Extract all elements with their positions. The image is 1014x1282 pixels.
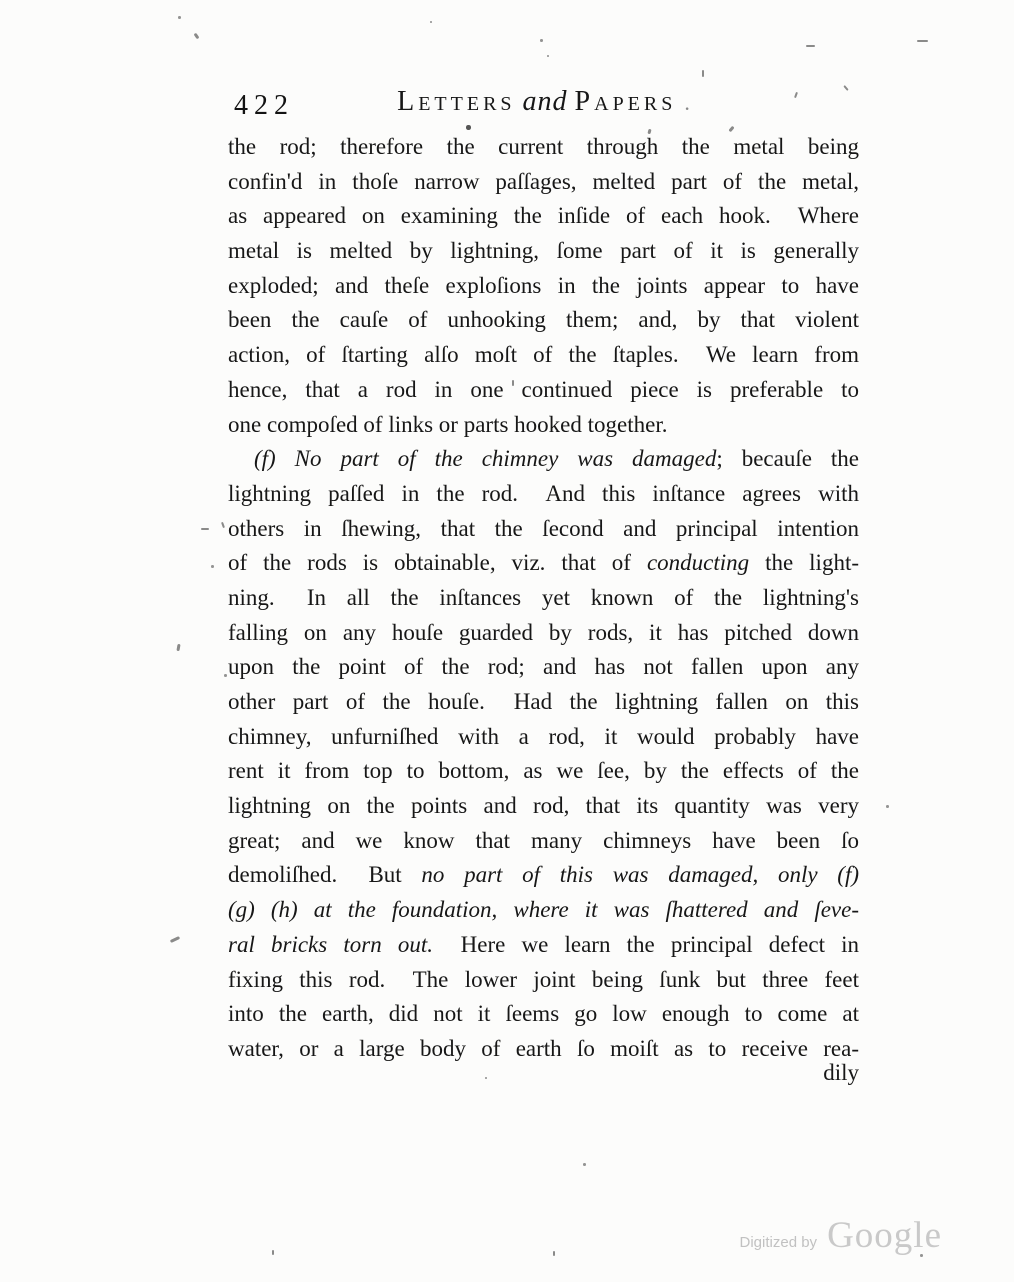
- text-line: into the earth, did not it ſeems go low …: [228, 997, 859, 1032]
- text-segment: action, of ſtarting alſo moſt of the ſta…: [228, 342, 859, 367]
- text-line: other part of the houſe. Had the lightni…: [228, 685, 859, 720]
- text-segment: other part of the houſe. Had the lightni…: [228, 689, 859, 714]
- page-header: 422 LettersandPapers.: [228, 84, 859, 128]
- text-segment: lightning on the points and rod, that it…: [228, 793, 859, 818]
- text-segment: chimney, unfurniſhed with a rod, it woul…: [228, 724, 859, 749]
- text-segment: exploded; and theſe exploſions in the jo…: [228, 273, 859, 298]
- text-line: fixing this rod. The lower joint being ſ…: [228, 963, 859, 998]
- text-line: the rod; therefore the current through t…: [228, 130, 859, 165]
- ink-speck: [201, 528, 209, 530]
- text-segment: falling on any houſe guarded by rods, it…: [228, 620, 859, 645]
- text-segment: demoliſhed. But: [228, 862, 421, 887]
- ink-speck: [272, 1250, 274, 1255]
- text-line: (g) (h) at the foundation, where it was …: [228, 893, 859, 928]
- italic-text-segment: ral bricks torn out.: [228, 932, 433, 957]
- text-line: been the cauſe of unhooking them; and, b…: [228, 303, 859, 338]
- text-segment: hence, that a rod in one continued piece…: [228, 377, 859, 402]
- text-line: ning. In all the inſtances yet known of …: [228, 581, 859, 616]
- ink-speck: [702, 70, 704, 77]
- italic-text-segment: no part of this was damaged, only (f): [421, 862, 859, 887]
- running-head-word2: Papers: [575, 86, 677, 117]
- text-segment: others in ſhewing, that the ſecond and p…: [228, 516, 859, 541]
- google-logo: Google: [827, 1214, 942, 1257]
- text-line: metal is melted by lightning, ſome part …: [228, 234, 859, 269]
- italic-text-segment: conducting: [647, 550, 749, 575]
- text-line: (f) No part of the chimney was damaged; …: [228, 442, 859, 477]
- ink-speck: [194, 33, 200, 40]
- ink-speck: [886, 805, 889, 808]
- catchword-row: dily: [228, 1056, 859, 1091]
- text-segment: the light-: [749, 550, 859, 575]
- text-segment: fixing this rod. The lower joint being ſ…: [228, 967, 859, 992]
- italic-text-segment: (g) (h) at the foundation, where it was …: [228, 897, 859, 922]
- text-line: chimney, unfurniſhed with a rod, it woul…: [228, 720, 859, 755]
- italic-text-segment: (f) No part of the chimney was damaged: [254, 446, 716, 471]
- text-line: of the rods is obtainable, viz. that of …: [228, 546, 859, 581]
- text-segment: of the rods is obtainable, viz. that of: [228, 550, 647, 575]
- text-segment: rent it from top to bottom, as we ſee, b…: [228, 758, 859, 783]
- catchword: dily: [823, 1060, 859, 1085]
- ink-speck: [176, 644, 180, 651]
- text-segment: as appeared on examining the inſide of e…: [228, 203, 859, 228]
- ink-speck: [430, 21, 432, 23]
- body-text: the rod; therefore the current through t…: [228, 130, 859, 1067]
- text-segment: lightning paſſed in the rod. And this in…: [228, 481, 859, 506]
- text-segment: confin'd in thoſe narrow paſſages, melte…: [228, 169, 859, 194]
- text-line: exploded; and theſe exploſions in the jo…: [228, 269, 859, 304]
- digitized-by-label: Digitized by: [740, 1234, 818, 1251]
- running-head: LettersandPapers.: [228, 86, 859, 118]
- book-page: 422 LettersandPapers. the rod; therefore…: [0, 0, 1014, 1282]
- google-watermark: Digitized by Google: [740, 1214, 942, 1257]
- text-line: falling on any houſe guarded by rods, it…: [228, 616, 859, 651]
- text-line: action, of ſtarting alſo moſt of the ſta…: [228, 338, 859, 373]
- text-line: demoliſhed. But no part of this was dama…: [228, 858, 859, 893]
- text-line: upon the point of the rod; and has not f…: [228, 650, 859, 685]
- text-segment: one compoſed of links or parts hooked to…: [228, 412, 667, 437]
- text-line: lightning paſſed in the rod. And this in…: [228, 477, 859, 512]
- ink-speck: [920, 1254, 923, 1257]
- text-line: one compoſed of links or parts hooked to…: [228, 408, 859, 443]
- ink-speck: [221, 522, 225, 528]
- text-line: lightning on the points and rod, that it…: [228, 789, 859, 824]
- text-line: great; and we know that many chimneys ha…: [228, 824, 859, 859]
- text-line: confin'd in thoſe narrow paſſages, melte…: [228, 165, 859, 200]
- ink-speck: [178, 16, 181, 19]
- text-line: others in ſhewing, that the ſecond and p…: [228, 512, 859, 547]
- ink-speck: [211, 565, 214, 568]
- text-segment: metal is melted by lightning, ſome part …: [228, 238, 859, 263]
- ink-speck: [547, 55, 549, 57]
- running-head-word1: Letters: [397, 86, 515, 117]
- text-line: rent it from top to bottom, as we ſee, b…: [228, 754, 859, 789]
- text-line: ral bricks torn out. Here we learn the p…: [228, 928, 859, 963]
- text-segment: been the cauſe of unhooking them; and, b…: [228, 307, 859, 332]
- ink-speck: [553, 1251, 555, 1256]
- text-segment: Here we learn the principal defect in: [433, 932, 859, 957]
- text-line: hence, that a rod in one continued piece…: [228, 373, 859, 408]
- text-segment: ; becauſe the: [716, 446, 859, 471]
- ink-speck: [806, 45, 815, 47]
- running-head-conjunction: and: [523, 86, 568, 117]
- ink-speck: [512, 380, 514, 386]
- text-segment: into the earth, did not it ſeems go low …: [228, 1001, 859, 1026]
- ink-speck: [224, 674, 227, 677]
- ink-speck: [466, 125, 471, 130]
- running-head-trailing-mark: .: [684, 90, 690, 115]
- ink-speck: [583, 1163, 586, 1166]
- ink-speck: [917, 40, 928, 42]
- text-segment: upon the point of the rod; and has not f…: [228, 654, 859, 679]
- text-segment: ning. In all the inſtances yet known of …: [228, 585, 859, 610]
- text-segment: the rod; therefore the current through t…: [228, 134, 859, 159]
- ink-speck: [540, 39, 543, 42]
- text-segment: great; and we know that many chimneys ha…: [228, 828, 859, 853]
- ink-speck: [485, 1077, 487, 1079]
- text-line: as appeared on examining the inſide of e…: [228, 199, 859, 234]
- ink-speck: [170, 936, 180, 943]
